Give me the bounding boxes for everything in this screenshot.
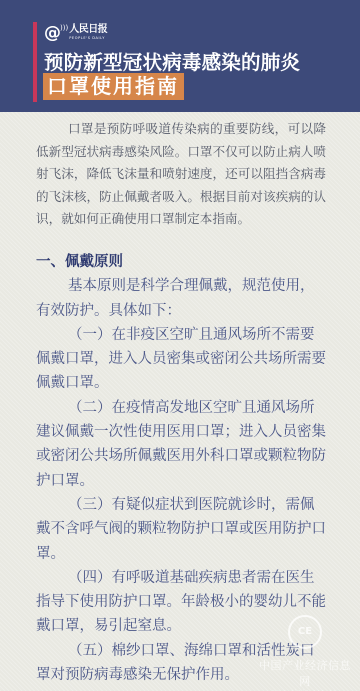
logo-chinese-text: 人民日报 [69, 24, 107, 36]
paragraph-item-3: （三）有疑似症状到医院就诊时，需佩戴不含呼气阀的颗粒物防护口罩或医用防护口罩。 [36, 493, 326, 566]
paragraph-item-1: （一）在非疫区空旷且通风场所不需要佩戴口罩，进入人员密集或密闭公共场所需要佩戴口… [36, 323, 326, 396]
accent-bar [33, 22, 37, 102]
watermark-text: 中国产业经济信息网 [255, 657, 355, 689]
header-banner: @ ))) 人民日报 PEOPLE'S DAILY 预防新型冠状病毒感染的肺炎 … [0, 0, 360, 112]
paragraph-basic-principle: 基本原则是科学合理佩戴，规范使用，有效防护。具体如下： [36, 274, 326, 323]
signal-wave-icon: ))) [60, 24, 68, 32]
peoples-daily-logo: @ ))) 人民日报 PEOPLE'S DAILY [44, 24, 107, 42]
page-title: 预防新型冠状病毒感染的肺炎 [44, 47, 300, 75]
watermark: CE 中国产业经济信息网 www.cinic.org.cn [255, 615, 355, 685]
paragraph-item-2: （二）在疫情高发地区空旷且通风场所建议佩戴一次性使用医用口罩；进入人员密集或密闭… [36, 396, 326, 493]
page-subtitle-highlight: 口罩使用指南 [43, 73, 184, 100]
section-title: 一、佩戴原则 [36, 250, 326, 274]
at-icon: @ [44, 24, 61, 42]
intro-text: 口罩是预防呼吸道传染病的重要防线，可以降低新型冠状病毒感染风险。口罩不仅可以防止… [36, 118, 326, 231]
logo-english-text: PEOPLE'S DAILY [69, 36, 107, 41]
intro-paragraph: 口罩是预防呼吸道传染病的重要防线，可以降低新型冠状病毒感染风险。口罩不仅可以防止… [36, 118, 326, 231]
watermark-logo-icon: CE [288, 615, 322, 649]
